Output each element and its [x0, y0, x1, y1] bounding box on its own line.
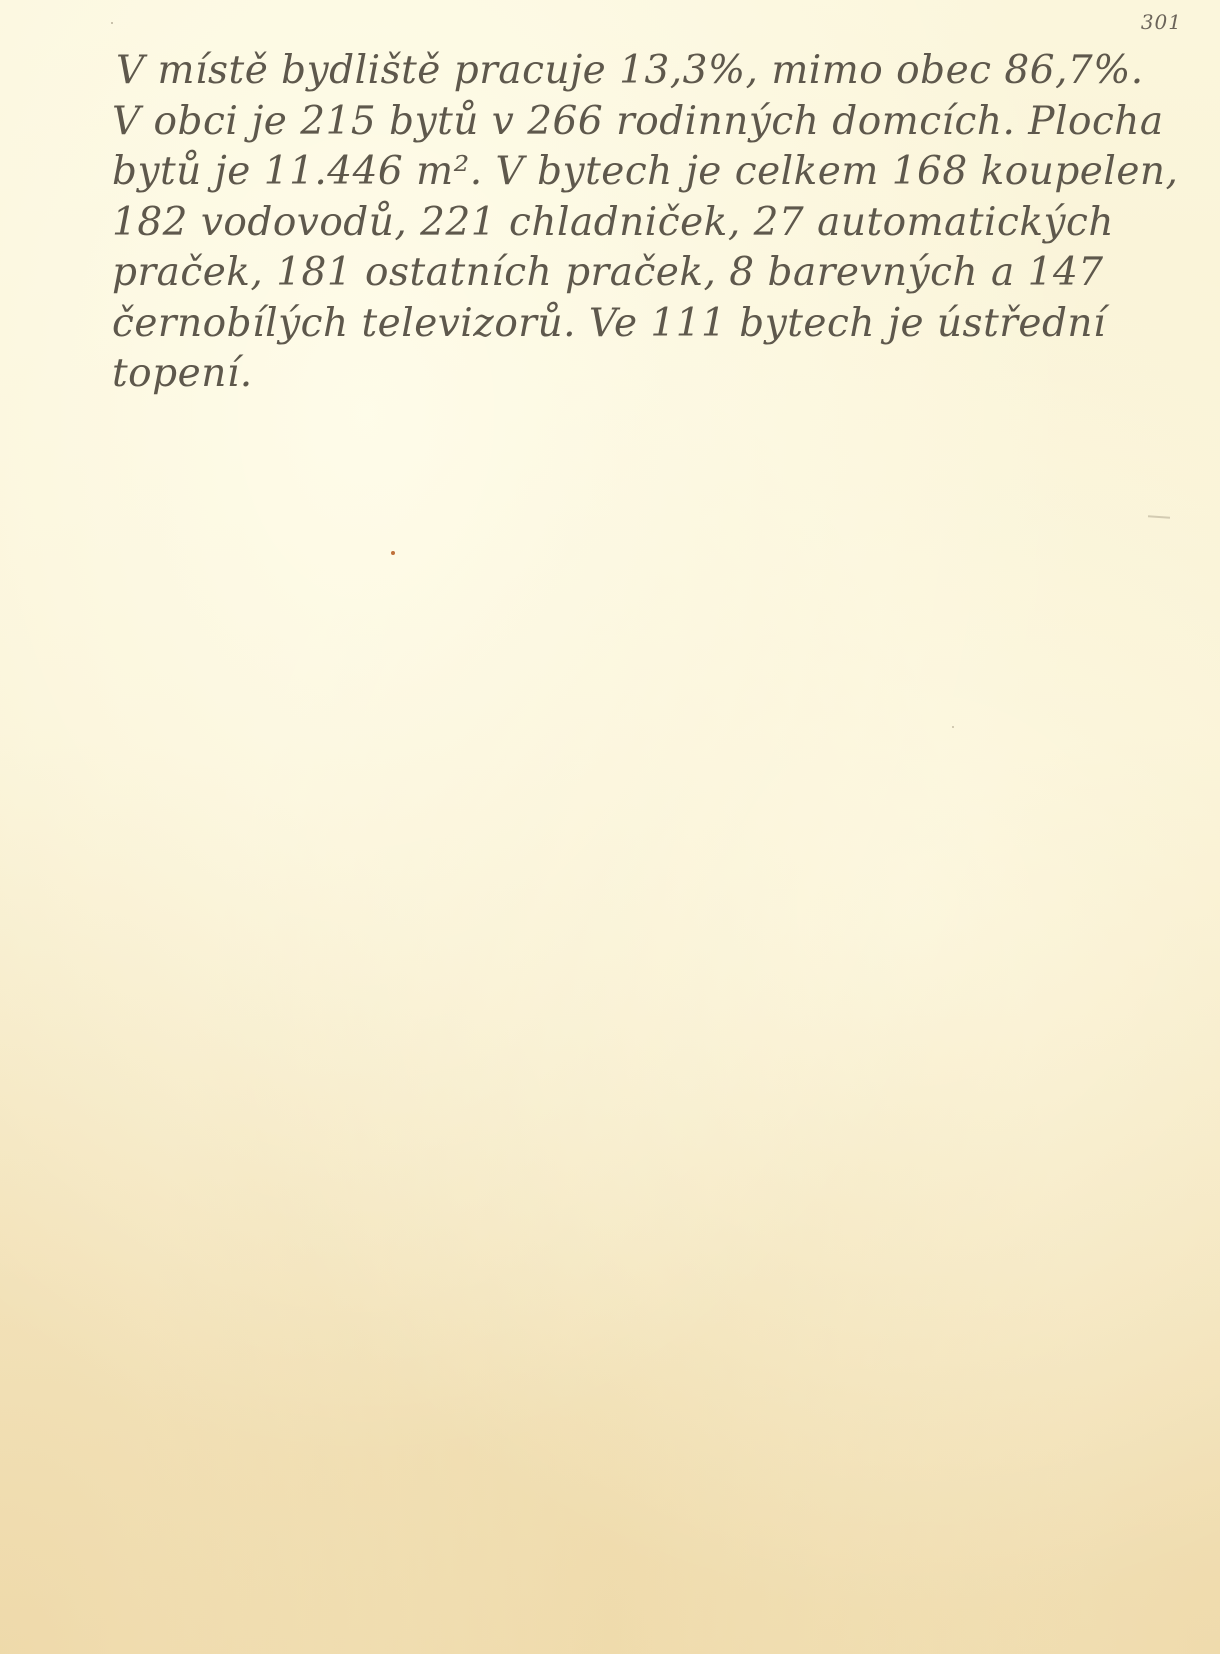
text-line: černobílých televizorů. Ve 111 bytech je… — [112, 299, 1192, 350]
text-line: topení. — [112, 349, 1192, 400]
paper-speck — [391, 551, 395, 555]
page-number: 301 — [1141, 10, 1182, 34]
text-line: V místě bydliště pracuje 13,3%, mimo obe… — [112, 46, 1192, 97]
text-line: praček, 181 ostatních praček, 8 barevnýc… — [112, 248, 1192, 299]
paper-speck — [111, 22, 113, 24]
scanned-page: 301 V místě bydliště pracuje 13,3%, mimo… — [0, 0, 1220, 1654]
handwritten-text-block: V místě bydliště pracuje 13,3%, mimo obe… — [112, 46, 1192, 400]
text-line: V obci je 215 bytů v 266 rodinných domcí… — [112, 97, 1192, 148]
text-line: bytů je 11.446 m². V bytech je celkem 16… — [112, 147, 1192, 198]
paper-speck — [952, 726, 954, 728]
text-line: 182 vodovodů, 221 chladniček, 27 automat… — [112, 198, 1192, 249]
paper-mark — [1148, 515, 1170, 519]
